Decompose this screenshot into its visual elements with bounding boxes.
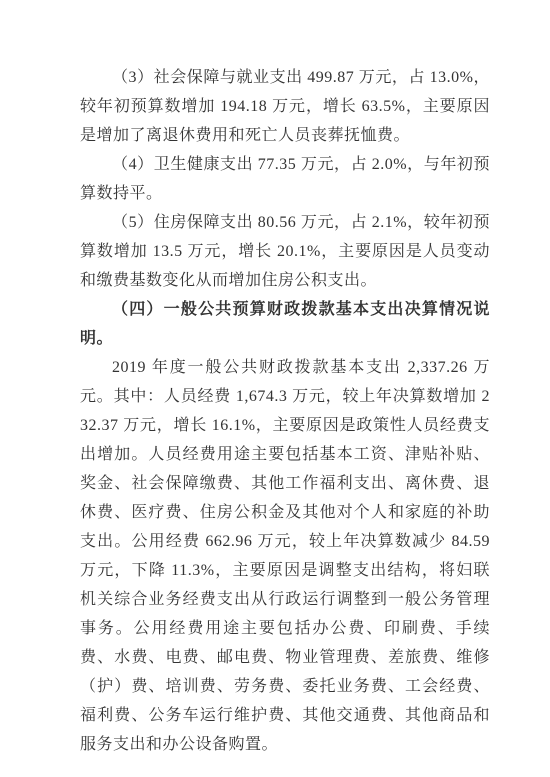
document-page: （3）社会保障与就业支出 499.87 万元，占 13.0%，较年初预算数增加 … <box>0 0 550 777</box>
paragraph-basic-expenditure-detail: 2019 年度一般公共财政拨款基本支出 2,337.26 万元。其中：人员经费 … <box>80 353 490 759</box>
paragraph-social-security-employment: （3）社会保障与就业支出 499.87 万元，占 13.0%，较年初预算数增加 … <box>80 63 490 150</box>
section-heading-basic-expenditure: （四）一般公共预算财政拨款基本支出决算情况说明。 <box>80 295 490 353</box>
document-text-block: （3）社会保障与就业支出 499.87 万元，占 13.0%，较年初预算数增加 … <box>80 63 490 759</box>
paragraph-health-expenditure: （4）卫生健康支出 77.35 万元，占 2.0%，与年初预算数持平。 <box>80 150 490 208</box>
paragraph-housing-expenditure: （5）住房保障支出 80.56 万元，占 2.1%，较年初预算数增加 13.5 … <box>80 208 490 295</box>
